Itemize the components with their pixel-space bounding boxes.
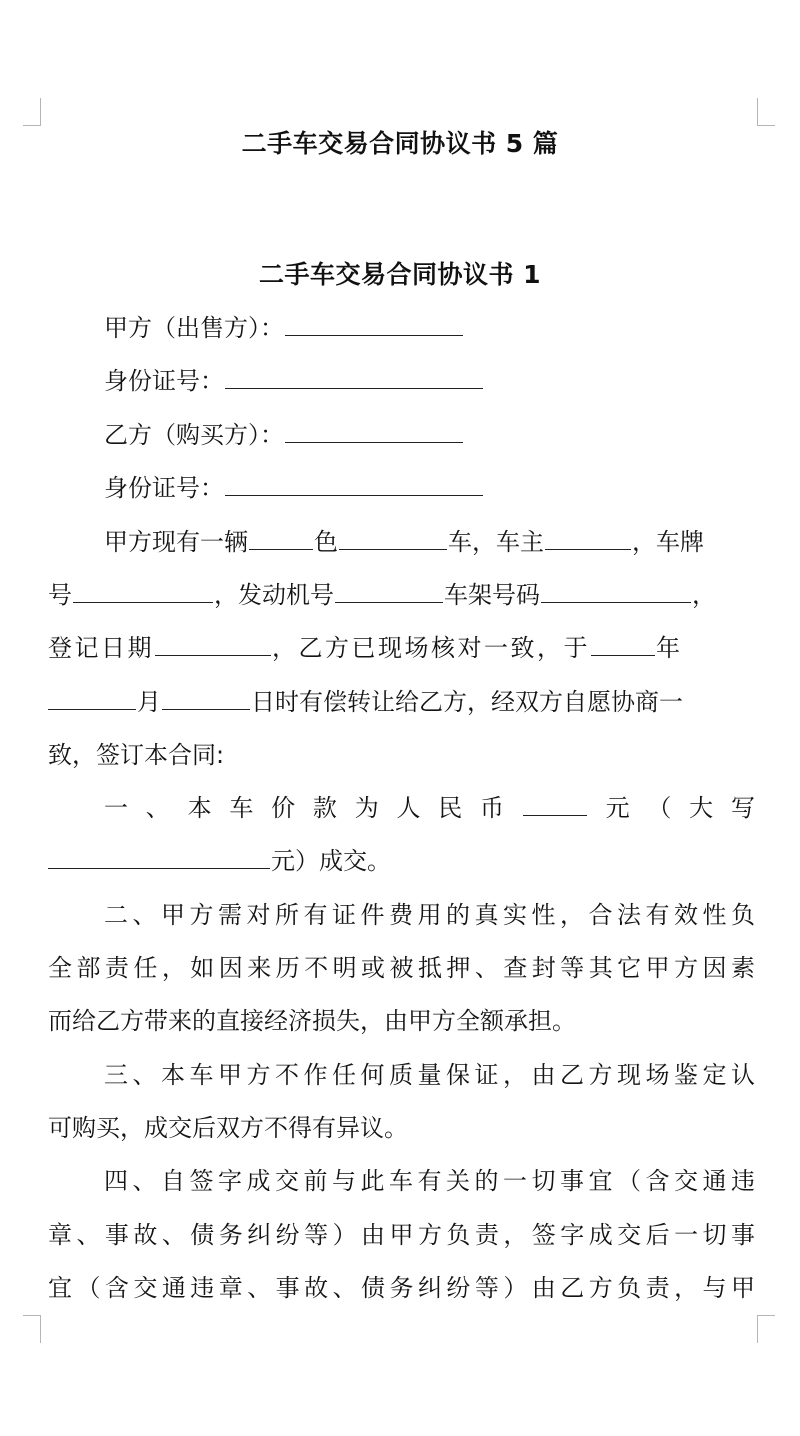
- document-title: 二手车交易合同协议书 5 篇: [0, 124, 800, 160]
- price-blank[interactable]: [523, 793, 587, 816]
- intro-text: 车架号码: [444, 581, 540, 609]
- clause-char: 车: [229, 793, 253, 823]
- owner-blank[interactable]: [545, 527, 631, 550]
- clause-char: 币: [480, 793, 504, 823]
- section-title: 二手车交易合同协议书 1: [0, 255, 800, 291]
- clause-char: 人: [396, 793, 420, 823]
- intro-line-5: 致，签订本合同:: [48, 740, 224, 770]
- party-a-label: 甲方（出售方）：: [104, 314, 284, 342]
- intro-text: ，乙方已现场核对一致，于: [272, 634, 590, 662]
- party-b-label: 乙方（购买方）：: [104, 421, 284, 449]
- clause-char: 本: [188, 793, 212, 823]
- clause-2-line-2: 全部责任，如因来历不明或被抵押、查封等其它甲方因素: [48, 953, 755, 983]
- color-blank[interactable]: [249, 527, 313, 550]
- party-a-line: 甲方（出售方）：: [104, 313, 464, 343]
- clause-3-line-2: 可购买，成交后双方不得有异议。: [48, 1113, 408, 1143]
- intro-text: 甲方现有一辆: [104, 528, 248, 556]
- intro-line-1: 甲方现有一辆色车，车主，车牌: [104, 527, 704, 557]
- clause-char: （: [647, 793, 671, 823]
- intro-text: 年: [656, 634, 683, 662]
- intro-text: 车，车主: [448, 528, 544, 556]
- page-corner-mark-top-right: [757, 98, 775, 126]
- intro-text: 日时有偿转让给乙方，经双方自愿协商一: [251, 688, 683, 716]
- page-corner-mark-bottom-right: [757, 1315, 775, 1343]
- intro-line-4: 月日时有偿转让给乙方，经双方自愿协商一: [48, 687, 683, 717]
- clause-1-line-1: 一 、 本 车 价 款 为 人 民 币 元 （ 大 写: [104, 793, 755, 823]
- car-type-blank[interactable]: [339, 527, 447, 550]
- price-in-words-blank[interactable]: [48, 846, 270, 869]
- party-b-id-line: 身份证号：: [104, 473, 484, 503]
- party-a-blank[interactable]: [285, 313, 463, 336]
- plate-number-blank[interactable]: [73, 580, 213, 603]
- clause-char: 民: [438, 793, 462, 823]
- clause-char: 元: [606, 793, 630, 823]
- year-blank[interactable]: [591, 633, 655, 656]
- intro-line-2: 号，发动机号车架号码，: [48, 580, 716, 610]
- party-b-blank[interactable]: [285, 420, 463, 443]
- intro-text: ，: [692, 581, 716, 609]
- month-blank[interactable]: [48, 687, 136, 710]
- intro-text: ，发动机号: [214, 581, 334, 609]
- clause-char: 、: [146, 793, 170, 823]
- clause-2-line-1: 二、甲方需对所有证件费用的真实性，合法有效性负: [104, 900, 755, 930]
- engine-number-blank[interactable]: [335, 580, 443, 603]
- page-corner-mark-bottom-left: [23, 1315, 41, 1343]
- party-b-id-label: 身份证号：: [104, 474, 224, 502]
- clause-char: 为: [355, 793, 379, 823]
- registration-date-blank[interactable]: [155, 633, 271, 656]
- clause-4-line-1: 四、自签字成交前与此车有关的一切事宜（含交通违: [104, 1166, 755, 1196]
- day-blank[interactable]: [162, 687, 250, 710]
- clause-text: 元）成交。: [271, 847, 391, 875]
- clause-2-line-3: 而给乙方带来的直接经济损失，由甲方全额承担。: [48, 1006, 576, 1036]
- clause-1-line-2: 元）成交。: [48, 846, 391, 876]
- intro-text: 色: [314, 528, 338, 556]
- clause-char: 一: [104, 793, 128, 823]
- intro-text: 号: [48, 581, 72, 609]
- party-b-line: 乙方（购买方）：: [104, 420, 464, 450]
- party-b-id-blank[interactable]: [225, 473, 483, 496]
- intro-text: 登记日期: [48, 634, 154, 662]
- clause-char: 大: [689, 793, 713, 823]
- clause-char: 价: [271, 793, 295, 823]
- page-corner-mark-top-left: [23, 98, 41, 126]
- party-a-id-line: 身份证号：: [104, 366, 484, 396]
- intro-text: ，车牌: [632, 528, 704, 556]
- clause-4-line-3: 宜（含交通违章、事故、债务纠纷等）由乙方负责，与甲: [48, 1273, 755, 1303]
- clause-char: 款: [313, 793, 337, 823]
- party-a-id-blank[interactable]: [225, 366, 483, 389]
- frame-number-blank[interactable]: [541, 580, 691, 603]
- intro-line-3: 登记日期，乙方已现场核对一致，于年: [48, 633, 683, 663]
- clause-char: 写: [731, 793, 755, 823]
- party-a-id-label: 身份证号：: [104, 367, 224, 395]
- intro-text: 月: [137, 688, 161, 716]
- clause-3-line-1: 三、本车甲方不作任何质量保证，由乙方现场鉴定认: [104, 1060, 755, 1090]
- clause-4-line-2: 章、事故、债务纠纷等）由甲方负责，签字成交后一切事: [48, 1220, 755, 1250]
